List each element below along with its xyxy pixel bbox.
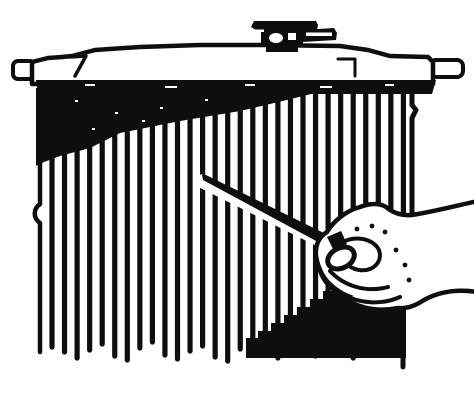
hand-holding-rod — [316, 201, 474, 310]
radiator-drawing — [0, 0, 474, 393]
radiator-header-tank — [32, 45, 433, 84]
radiator-probe-illustration — [0, 0, 474, 393]
